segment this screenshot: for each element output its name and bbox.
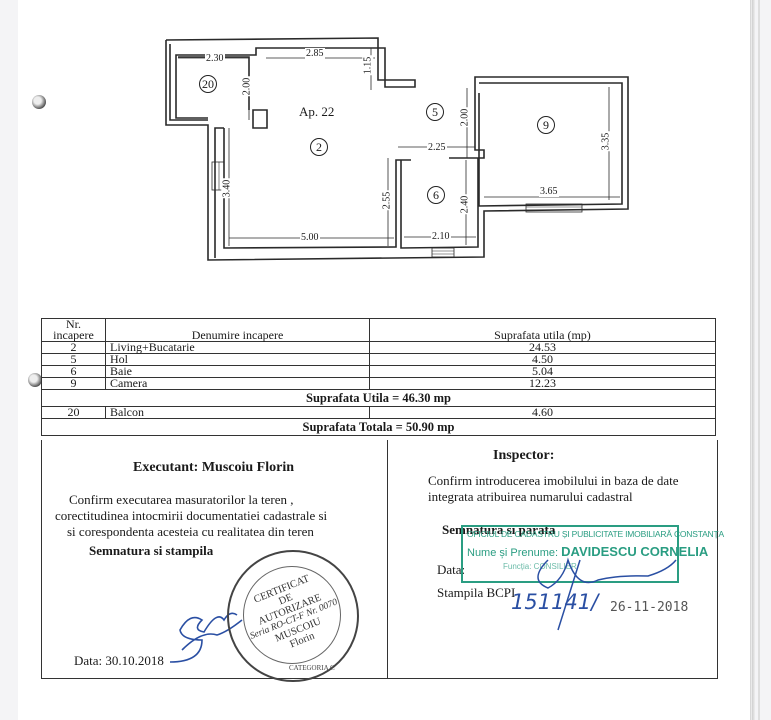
- dimension-label: 2.55: [381, 191, 392, 211]
- executant-title: Executant: Muscoiu Florin: [133, 460, 294, 476]
- executant-signature-label: Semnatura si stampila: [89, 543, 213, 559]
- inspector-panel: Inspector: Confirm introducerea imobilul…: [388, 440, 717, 678]
- header-area: Suprafata utila (mp): [370, 319, 716, 342]
- inspector-signature: [518, 520, 688, 640]
- handwritten-registration-number: 151141/: [511, 590, 598, 614]
- table-row: 2 Living+Bucatarie 24.53: [42, 342, 716, 354]
- signature-section: Executant: Muscoiu Florin Confirm execut…: [41, 440, 718, 679]
- rooms-table: Nr. incapere Denumire incapere Suprafata…: [41, 318, 716, 436]
- executant-panel: Executant: Muscoiu Florin Confirm execut…: [42, 440, 387, 678]
- room-name: Camera: [106, 378, 370, 390]
- authorization-stamp: CERTIFICAT DE AUTORIZARE Seria RO-CT-F N…: [227, 550, 359, 682]
- room-area: 4.60: [370, 407, 716, 419]
- inspector-title: Inspector:: [493, 448, 554, 464]
- table-header-row: Nr. incapere Denumire incapere Suprafata…: [42, 319, 716, 342]
- grand-total-row: Suprafata Totala = 50.90 mp: [42, 419, 716, 436]
- useful-total-row: Suprafata Utila = 46.30 mp: [42, 390, 716, 407]
- room-number-20: 20: [199, 75, 217, 93]
- apartment-label: Ap. 22: [299, 104, 334, 120]
- room-nr: 9: [42, 378, 106, 390]
- dimension-label: 2.40: [459, 195, 470, 215]
- stamp-ring-text: CATEGORIA C: [289, 664, 335, 672]
- dimension-label: 2.30: [205, 53, 225, 64]
- inspector-statement-line: Confirm introducerea imobilului in baza …: [428, 473, 679, 489]
- header-nr: Nr. incapere: [42, 319, 106, 342]
- room-number-5: 5: [426, 103, 444, 121]
- grand-total: Suprafata Totala = 50.90 mp: [42, 419, 716, 436]
- useful-total: Suprafata Utila = 46.30 mp: [42, 390, 716, 407]
- binder-hole-icon: [28, 373, 42, 387]
- dimension-label: 3.65: [539, 186, 559, 197]
- dimension-label: 5.00: [300, 232, 320, 243]
- table-row: 9 Camera 12.23: [42, 378, 716, 390]
- room-name: Living+Bucatarie: [106, 342, 370, 354]
- room-name: Hol: [106, 354, 370, 366]
- room-nr: 20: [42, 407, 106, 419]
- stamp-text: CERTIFICAT DE AUTORIZARE Seria RO-CT-F N…: [228, 551, 356, 679]
- dimension-label: 2.25: [427, 142, 447, 153]
- executant-statement-line: Confirm executarea masuratorilor la tere…: [69, 492, 294, 508]
- handwritten-date: 26-11-2018: [610, 600, 688, 615]
- bcpi-stamp-label: Stampila BCPI: [437, 585, 515, 601]
- dimension-label: 2.00: [459, 108, 470, 128]
- dimension-label: 2.85: [305, 48, 325, 59]
- room-number-9: 9: [537, 116, 555, 134]
- floor-plan: [0, 0, 771, 320]
- dimension-label: 1.15: [362, 56, 373, 76]
- dimension-label: 3.35: [600, 132, 611, 152]
- table-row: 20 Balcon 4.60: [42, 407, 716, 419]
- inspector-statement-line: integrata atribuirea numarului cadastral: [428, 489, 633, 505]
- table-row: 5 Hol 4.50: [42, 354, 716, 366]
- executant-statement-line: corectitudinea intocmirii documentatiei …: [55, 508, 327, 524]
- executant-statement-line: si corespondenta acesteia cu realitatea …: [67, 524, 314, 540]
- room-number-6: 6: [427, 186, 445, 204]
- executant-date: Data: 30.10.2018: [74, 653, 164, 669]
- header-name: Denumire incapere: [106, 319, 370, 342]
- room-area: 12.23: [370, 378, 716, 390]
- dimension-label: 3.40: [221, 179, 232, 199]
- room-number-2: 2: [310, 138, 328, 156]
- room-name: Balcon: [106, 407, 370, 419]
- dimension-label: 2.00: [241, 77, 252, 97]
- dimension-label: 2.10: [431, 231, 451, 242]
